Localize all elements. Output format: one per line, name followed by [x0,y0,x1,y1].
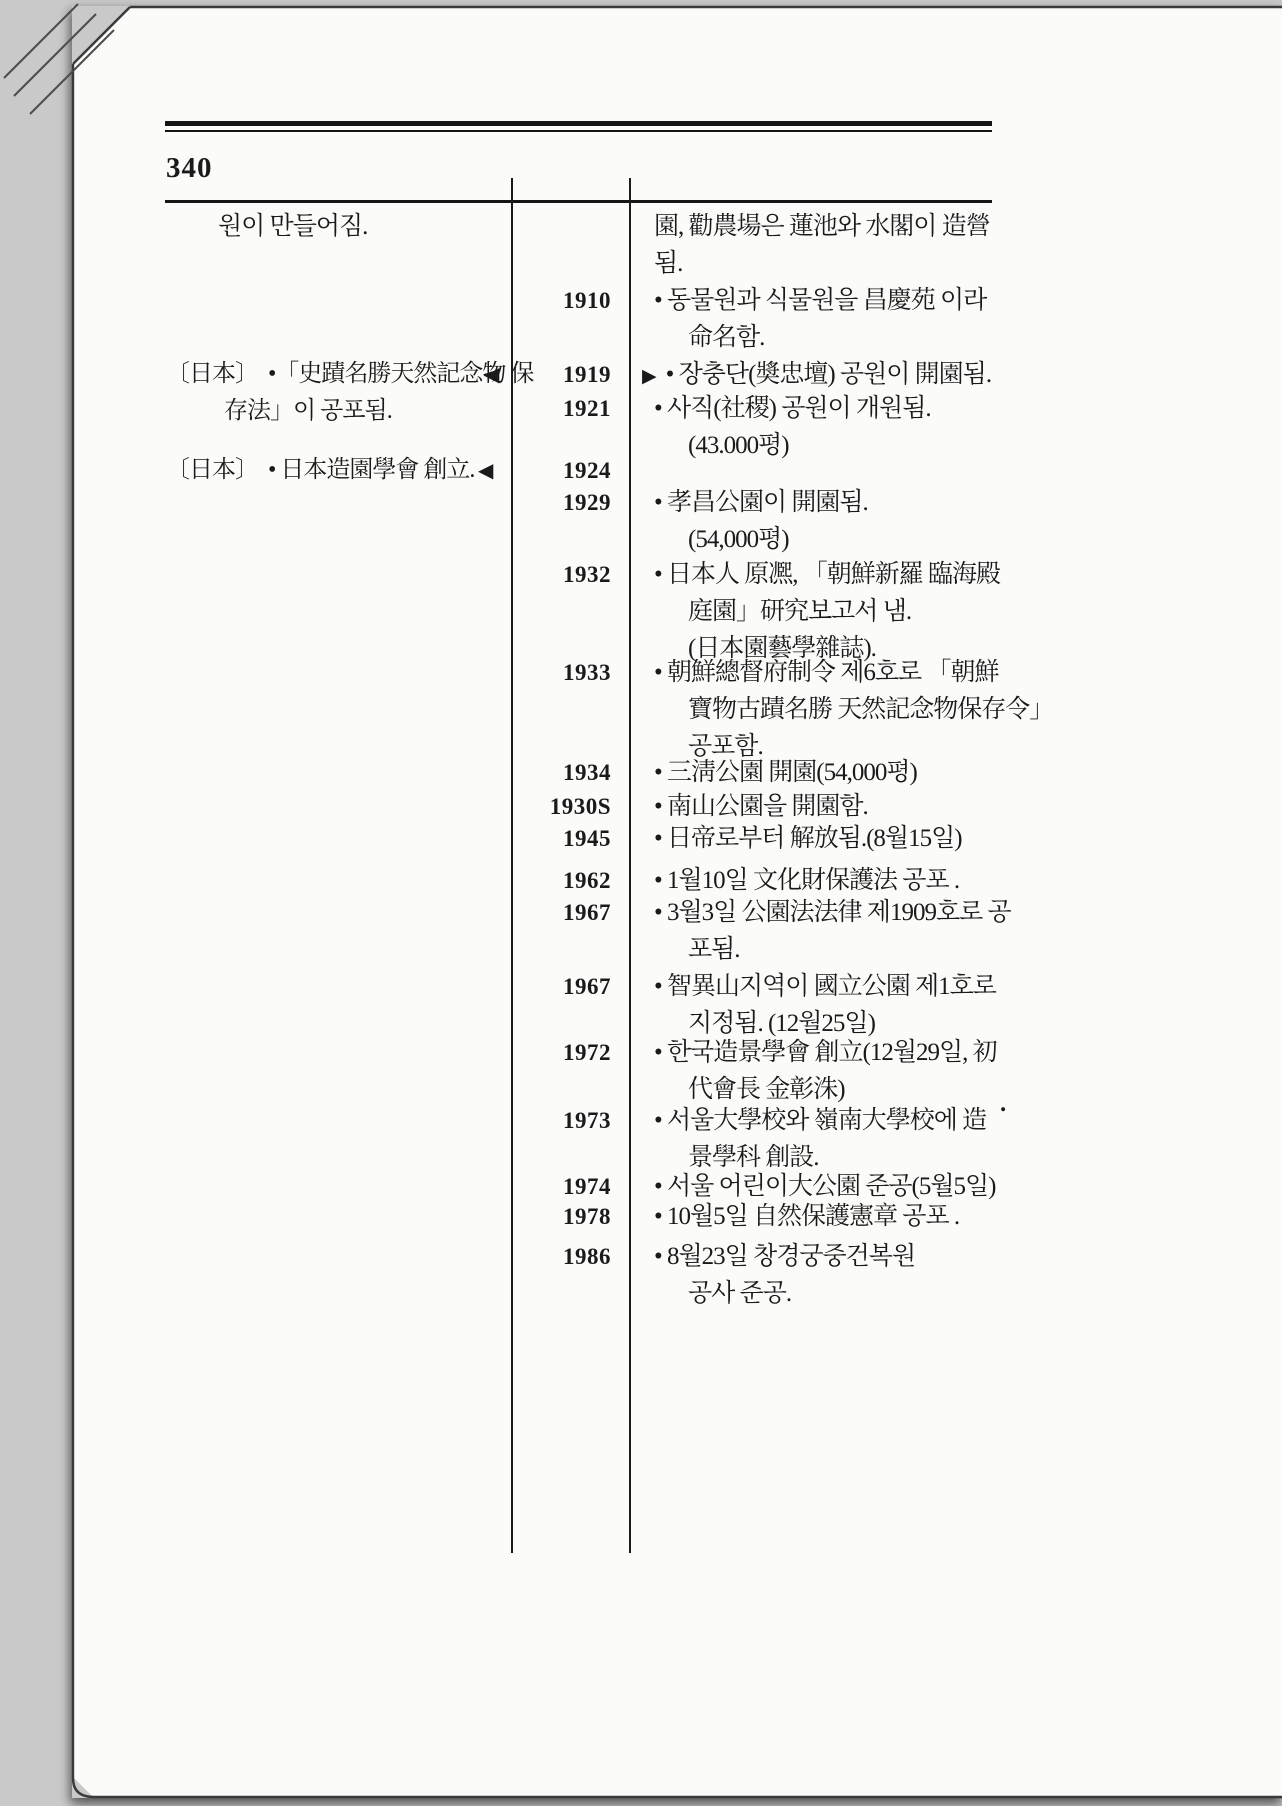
text-line: 命名함. [640,319,1070,356]
timeline-year: 1932 [511,556,611,593]
entry-text: • 장충단(奬忠壇) 공원이 開園됨. [666,361,991,388]
timeline-year: 1929 [511,484,611,521]
timeline-year: 1910 [511,282,611,319]
left-carryover-text: 원이 만들어짐. [218,208,367,245]
right-carryover-text: 園, 勸農場은 蓮池와 水閣이 造營 됨. [640,208,1070,282]
left-arrow-icon: ◀ [478,452,508,489]
timeline-entry: • 사직(社稷) 공원이 개원됨. (43.000평) [640,390,1070,464]
text-line: 寶物古蹟名勝 天然記念物保存令」 [640,691,1070,728]
timeline-year: 1945 [511,820,611,857]
timeline-year: 1967 [511,894,611,931]
timeline-year: 1967 [511,968,611,1005]
text-line: • 智異山지역이 國立公園 제1호로 [640,968,1070,1005]
timeline-year: 1921 [511,390,611,427]
timeline-entry: ▶• 장충단(奬忠壇) 공원이 開園됨. [640,356,1070,393]
timeline-year: 1986 [511,1238,611,1275]
timeline-entry: • 孝昌公園이 開園됨. (54,000평) [640,484,1070,558]
left-note: 〔日本〕• 日本造園學會 創立. [166,452,514,489]
text-line: • 10월5일 自然保護憲章 공포 . [640,1198,1070,1235]
text-line: 庭園」研究보고서 냄. [640,593,1070,630]
text-line: 포됨. [640,931,1070,968]
text-line: • 사직(社稷) 공원이 개원됨. [640,390,1070,427]
text-line: ▶• 장충단(奬忠壇) 공원이 開園됨. [640,356,1070,393]
top-double-rule [165,121,992,132]
right-arrow-icon: ▶ [642,365,657,387]
timeline-entry: • 智異山지역이 國立公園 제1호로 지정됨. (12월25일) [640,968,1070,1042]
left-arrow-icon: ◀ [484,356,514,393]
text-line: 됨. [640,245,1070,282]
scanned-book-page: 340 원이 만들어짐. 園, 勸農場은 蓮池와 水閣이 造營 됨. 〔日本〕•… [0,0,1282,1806]
header-rule [165,200,992,203]
timeline-year: 1973 [511,1102,611,1139]
timeline-year: 1978 [511,1198,611,1235]
text-line: • 三淸公園 開園(54,000평) [640,754,1070,791]
timeline-year: 1934 [511,754,611,791]
text-line: • 한국造景學會 創立(12월29일, 初 [640,1034,1070,1071]
text-line: • 朝鮮總督府制令 제6호로 「朝鮮 [640,654,1070,691]
text-line: • 동물원과 식물원을 昌慶苑 이라 [640,282,1070,319]
note-text: • 日本造園學會 創立. [268,457,474,483]
text-line: 〔日本〕• 日本造園學會 創立. [166,452,514,489]
timeline-entry: • 3월3일 公園法法律 제1909호로 공 포됨. [640,894,1070,968]
japan-tag: 〔日本〕 [166,457,258,483]
timeline-year: 1919 [511,356,611,393]
text-line: (54,000평) [640,521,1070,558]
timeline-entry: • 동물원과 식물원을 昌慶苑 이라 命名함. [640,282,1070,356]
japan-tag: 〔日本〕 [166,361,258,387]
timeline-year: 1933 [511,654,611,691]
timeline-entry: • 朝鮮總督府制令 제6호로 「朝鮮 寶物古蹟名勝 天然記念物保存令」 공포함. [640,654,1070,765]
text-line: 공사 준공. [640,1275,1070,1312]
left-note: 〔日本〕•「史蹟名勝天然記念物 保 存法」이 공포됨. [166,356,514,430]
text-line: • 日本人 原凞, 「朝鮮新羅 臨海殿 [640,556,1070,593]
text-line: • 孝昌公園이 開園됨. [640,484,1070,521]
stray-dot: . [1000,1090,1006,1118]
timeline-entry: • 10월5일 自然保護憲章 공포 . [640,1198,1070,1235]
text-line: • 日帝로부터 解放됨.(8월15일) [640,820,1070,857]
timeline-entry: • 日帝로부터 解放됨.(8월15일) [640,820,1070,857]
page-number: 340 [166,152,213,185]
column-divider-right [629,178,631,1553]
timeline-entry: • 8월23일 창경궁중건복원 공사 준공. [640,1238,1070,1312]
text-line: 園, 勸農場은 蓮池와 水閣이 造營 [640,208,1070,245]
text-line: 存法」이 공포됨. [166,393,514,430]
timeline-entry: • 日本人 原凞, 「朝鮮新羅 臨海殿 庭園」研究보고서 냄. (日本園藝學雜誌… [640,556,1070,667]
timeline-year: 1972 [511,1034,611,1071]
text-line: 〔日本〕•「史蹟名勝天然記念物 保 [166,356,514,393]
text-line: (43.000평) [640,427,1070,464]
text-line: • 3월3일 公園法法律 제1909호로 공 [640,894,1070,931]
text-line: • 8월23일 창경궁중건복원 [640,1238,1070,1275]
timeline-entry: • 三淸公園 開園(54,000평) [640,754,1070,791]
